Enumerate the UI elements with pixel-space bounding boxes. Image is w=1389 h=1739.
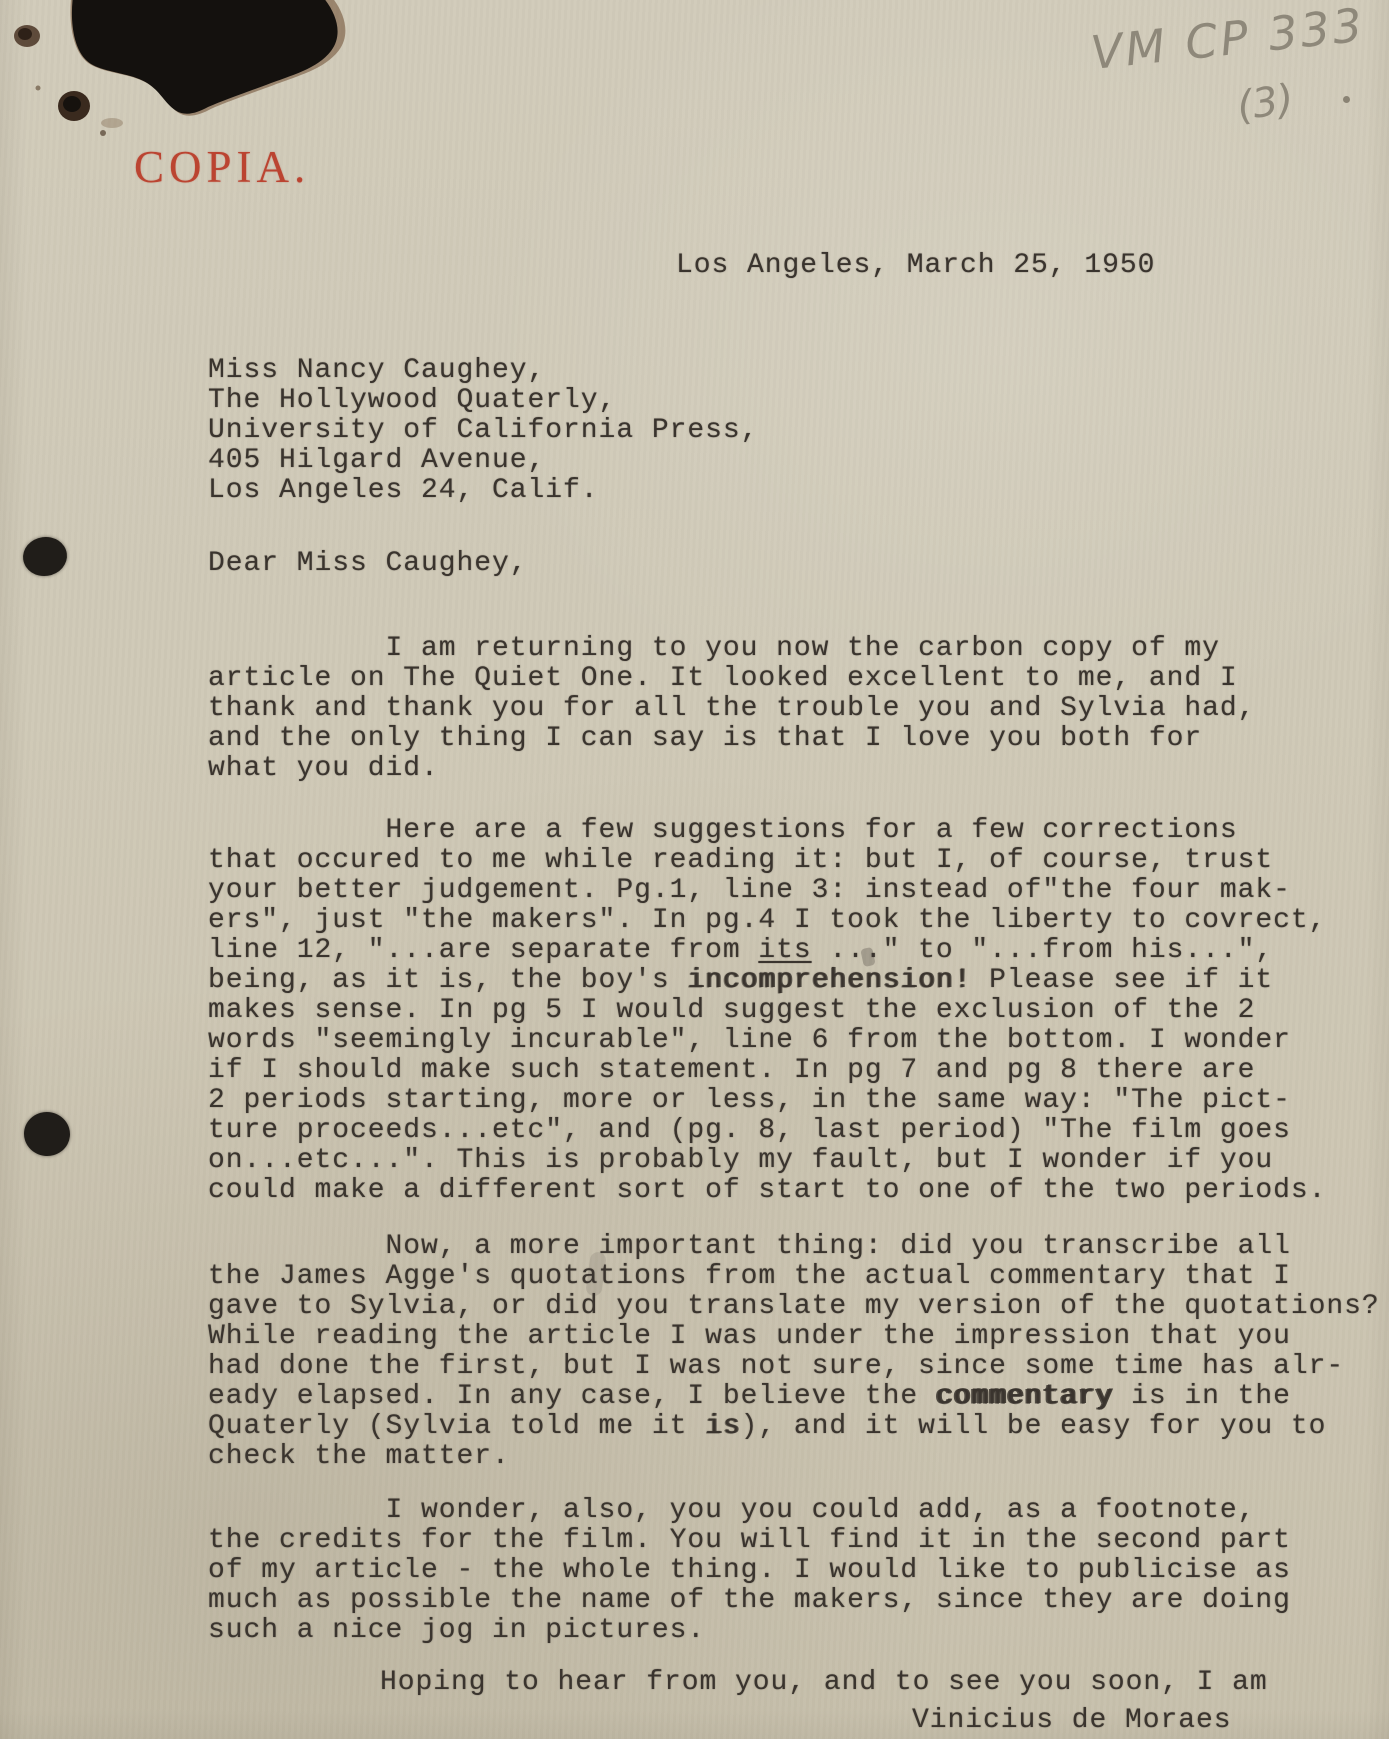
signature: Vinicius de Moraes — [912, 1706, 1232, 1736]
typed-line: words "seemingly incurable", line 6 from… — [208, 1026, 1326, 1056]
paragraph-2: Here are a few suggestions for a few cor… — [208, 816, 1326, 1206]
typed-line: I wonder, also, you you could add, as a … — [208, 1496, 1291, 1526]
ink-speck — [100, 130, 106, 136]
burn-streak — [101, 118, 123, 128]
typed-line: ture proceeds...etc", and (pg. 8, last p… — [208, 1116, 1326, 1146]
typed-line: and the only thing I can say is that I l… — [208, 724, 1255, 754]
closing-line: Hoping to hear from you, and to see you … — [380, 1668, 1268, 1698]
typed-line: what you did. — [208, 754, 1255, 784]
address-line: Miss Nancy Caughey, — [208, 356, 758, 386]
paragraph-4: I wonder, also, you you could add, as a … — [208, 1496, 1291, 1646]
typed-line: your better judgement. Pg.1, line 3: ins… — [208, 876, 1326, 906]
address-line: 405 Hilgard Avenue, — [208, 446, 758, 476]
typed-line: eady elapsed. In any case, I believe the… — [208, 1382, 1380, 1412]
typed-line: on...etc...". This is probably my fault,… — [208, 1146, 1326, 1176]
typed-line: Now, a more important thing: did you tra… — [208, 1232, 1380, 1262]
typed-line: such a nice jog in pictures. — [208, 1616, 1291, 1646]
typed-line: Quaterly (Sylvia told me it is), and it … — [208, 1412, 1380, 1442]
address-line: University of California Press, — [208, 416, 758, 446]
typed-line: I am returning to you now the carbon cop… — [208, 634, 1255, 664]
date-line: Los Angeles, March 25, 1950 — [676, 251, 1155, 281]
burn-hole-core — [63, 96, 81, 112]
salutation: Dear Miss Caughey, — [208, 549, 528, 579]
burn-spot-small-core — [18, 28, 32, 40]
typed-line: check the matter. — [208, 1442, 1380, 1472]
typed-line: that occured to me while reading it: but… — [208, 846, 1326, 876]
typed-line: if I should make such statement. In pg 7… — [208, 1056, 1326, 1086]
typed-line: line 12, "...are separate from its ..." … — [208, 936, 1326, 966]
typed-line: being, as it is, the boy's incomprehensi… — [208, 966, 1326, 996]
typed-line: the credits for the film. You will find … — [208, 1526, 1291, 1556]
typed-line: of my article - the whole thing. I would… — [208, 1556, 1291, 1586]
ink-speck-2 — [36, 86, 41, 91]
handwritten-page-number: (3) — [1234, 76, 1297, 130]
typed-line: ers", just "the makers". In pg.4 I took … — [208, 906, 1326, 936]
paragraph-1: I am returning to you now the carbon cop… — [208, 634, 1255, 784]
typed-line: could make a different sort of start to … — [208, 1176, 1326, 1206]
typed-line: thank and thank you for all the trouble … — [208, 694, 1255, 724]
typed-line: Here are a few suggestions for a few cor… — [208, 816, 1326, 846]
copia-stamp: COPIA. — [134, 141, 310, 193]
address-line: Los Angeles 24, Calif. — [208, 476, 758, 506]
typed-line: 2 periods starting, more or less, in the… — [208, 1086, 1326, 1116]
typed-line: much as possible the name of the makers,… — [208, 1586, 1291, 1616]
ink-blot — [72, 0, 338, 114]
pencil-dot — [1343, 96, 1350, 103]
typed-line: the James Agge's quotations from the act… — [208, 1262, 1380, 1292]
typed-line: While reading the article I was under th… — [208, 1322, 1380, 1352]
recipient-address: Miss Nancy Caughey,The Hollywood Quaterl… — [208, 356, 758, 506]
typed-line: makes sense. In pg 5 I would suggest the… — [208, 996, 1326, 1026]
address-line: The Hollywood Quaterly, — [208, 386, 758, 416]
scanned-letter-page: { "page": { "stamp_copia": "COPIA.", "ha… — [0, 0, 1389, 1739]
typed-line: article on The Quiet One. It looked exce… — [208, 664, 1255, 694]
typed-line: had done the first, but I was not sure, … — [208, 1352, 1380, 1382]
typed-line: gave to Sylvia, or did you translate my … — [208, 1292, 1380, 1322]
paragraph-3: Now, a more important thing: did you tra… — [208, 1232, 1380, 1472]
